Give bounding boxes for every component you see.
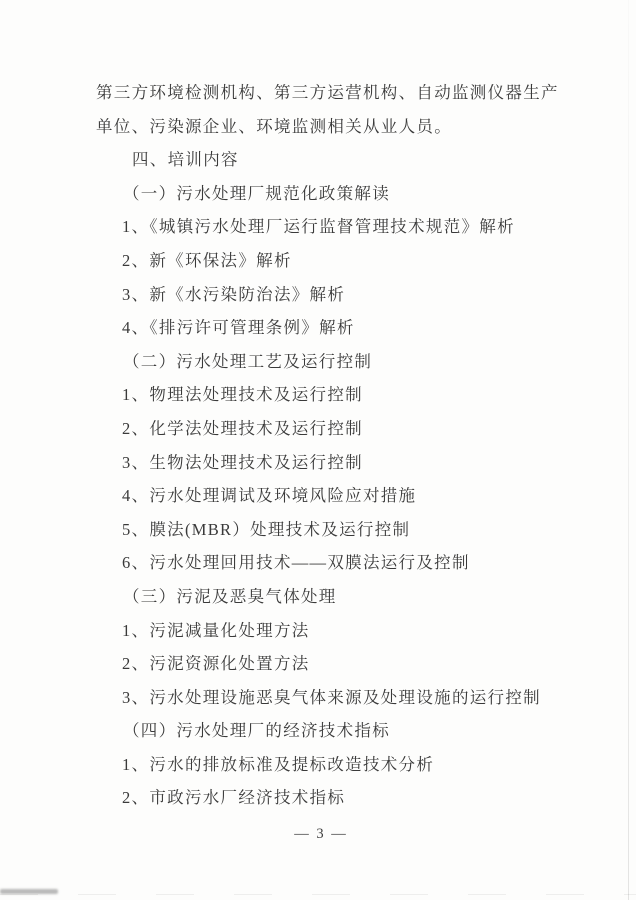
document-line: 1、污泥减量化处理方法 (96, 614, 546, 648)
document-line: 3、生物法处理技术及运行控制 (96, 446, 546, 480)
document-line: 1、污水的排放标准及提标改造技术分析 (96, 748, 546, 782)
document-line: 5、膜法(MBR）处理技术及运行控制 (96, 513, 546, 547)
document-line: 2、市政污水厂经济技术指标 (96, 781, 546, 815)
document-line: 1、物理法处理技术及运行控制 (96, 378, 546, 412)
document-body: 第三方环境检测机构、第三方运营机构、自动监测仪器生产单位、污染源企业、环境监测相… (96, 76, 546, 815)
document-line: （四）污水处理厂的经济技术指标 (96, 714, 546, 748)
page-number: — 3 — (96, 826, 546, 843)
scanned-document-page: 第三方环境检测机构、第三方运营机构、自动监测仪器生产单位、污染源企业、环境监测相… (0, 0, 636, 900)
document-line: 6、污水处理回用技术——双膜法运行及控制 (96, 546, 546, 580)
document-line: 3、新《水污染防治法》解析 (96, 278, 546, 312)
document-line: 4、污水处理调试及环境风险应对措施 (96, 479, 546, 513)
document-line: 2、化学法处理技术及运行控制 (96, 412, 546, 446)
document-line: 3、污水处理设施恶臭气体来源及处理设施的运行控制 (96, 681, 546, 715)
document-line: （三）污泥及恶臭气体处理 (96, 580, 546, 614)
document-line: 1、《城镇污水处理厂运行监督管理技术规范》解析 (96, 210, 546, 244)
document-line: 单位、污染源企业、环境监测相关从业人员。 (96, 110, 546, 144)
document-line: 4、《排污许可管理条例》解析 (96, 311, 546, 345)
document-line: 四、培训内容 (96, 143, 546, 177)
scan-corner-smudge (0, 889, 58, 894)
scan-right-edge-line (628, 0, 629, 900)
document-line: 第三方环境检测机构、第三方运营机构、自动监测仪器生产 (96, 76, 546, 110)
scan-bottom-edge-line (0, 894, 636, 895)
document-line: （一）污水处理厂规范化政策解读 (96, 177, 546, 211)
document-line: 2、污泥资源化处置方法 (96, 647, 546, 681)
document-line: 2、新《环保法》解析 (96, 244, 546, 278)
document-line: （二）污水处理工艺及运行控制 (96, 345, 546, 379)
